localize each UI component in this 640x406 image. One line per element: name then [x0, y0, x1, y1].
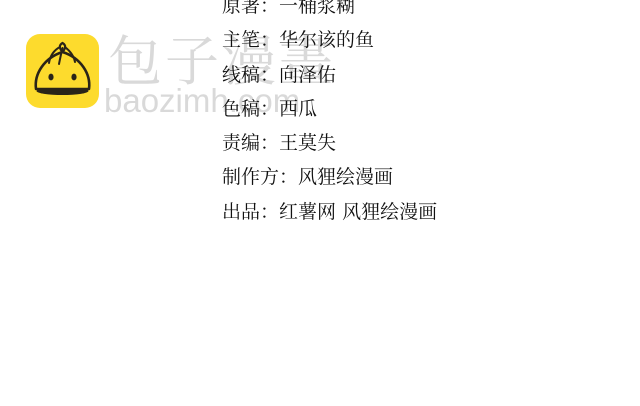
credits-list: 原著：一桶浆糊 主笔：华尔该的鱼 线稿：向泽佑 色稿：西瓜 责编：王莫失 制作方…: [222, 0, 437, 229]
credit-label: 色稿: [222, 98, 260, 120]
baozi-logo: [26, 34, 99, 108]
credit-original-author: 原著：一桶浆糊: [222, 0, 437, 23]
credit-value: 西瓜: [279, 98, 317, 120]
credit-label: 主笔: [222, 29, 260, 51]
credit-separator: ：: [260, 98, 279, 120]
credit-value: 华尔该的鱼: [279, 29, 374, 51]
credit-separator: ：: [260, 64, 279, 86]
credit-separator: ：: [260, 132, 279, 154]
credit-label: 责编: [222, 132, 260, 154]
credit-value: 向泽佑: [279, 64, 336, 86]
credit-line-art: 线稿：向泽佑: [222, 58, 437, 92]
credit-separator: ：: [279, 166, 298, 188]
credit-coloring: 色稿：西瓜: [222, 92, 437, 126]
credit-separator: ：: [260, 0, 279, 17]
credit-value: 红薯网 风狸绘漫画: [279, 201, 437, 223]
steamed-bun-face-icon: [26, 34, 99, 108]
credit-publisher: 出品：红薯网 风狸绘漫画: [222, 195, 437, 229]
credit-label: 线稿: [222, 64, 260, 86]
credit-label: 原著: [222, 0, 260, 17]
credit-value: 一桶浆糊: [279, 0, 355, 17]
credit-lead-artist: 主笔：华尔该的鱼: [222, 23, 437, 57]
credit-value: 王莫失: [279, 132, 336, 154]
credit-separator: ：: [260, 29, 279, 51]
credit-value: 风狸绘漫画: [298, 166, 393, 188]
credit-separator: ：: [260, 201, 279, 223]
credit-editor: 责编：王莫失: [222, 126, 437, 160]
credit-label: 出品: [222, 201, 260, 223]
credit-label: 制作方: [222, 166, 279, 188]
credit-producer: 制作方：风狸绘漫画: [222, 160, 437, 194]
